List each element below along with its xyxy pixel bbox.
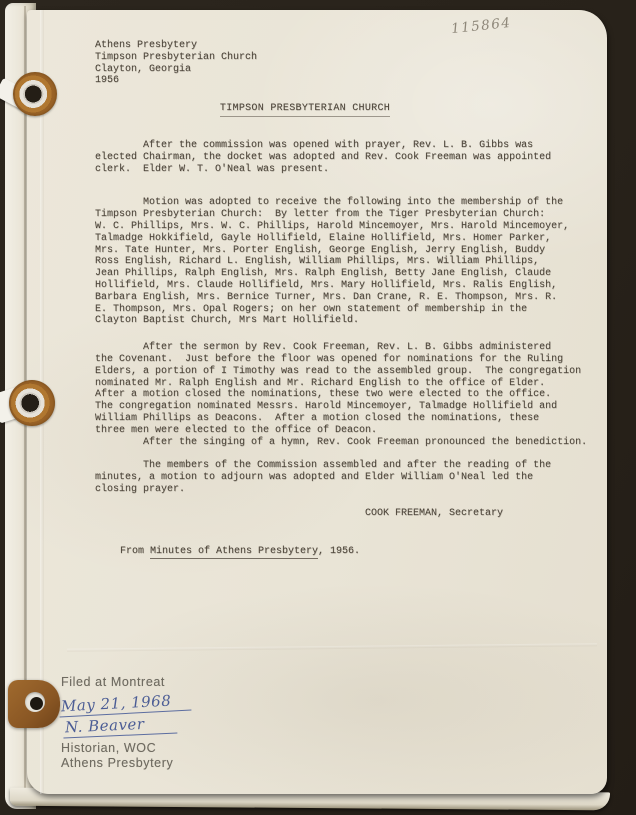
stamp-filed-at: Filed at Montreat bbox=[61, 675, 165, 689]
typed-line: William Phillips as Deacons. After a mot… bbox=[95, 413, 607, 425]
binder-grommet-middle bbox=[9, 380, 55, 426]
typed-line: The members of the Commission assembled … bbox=[95, 460, 607, 472]
paper-crease bbox=[67, 643, 597, 652]
typed-line: Mrs. Tate Hunter, Mrs. Porter English, G… bbox=[95, 245, 607, 257]
typed-line: Barbara English, Mrs. Bernice Turner, Mr… bbox=[95, 292, 607, 304]
typed-line: clerk. Elder W. T. O'Neal was present. bbox=[95, 164, 607, 176]
typed-line: E. Thompson, Mrs. Opal Rogers; on her ow… bbox=[95, 304, 607, 316]
source-citation: Minutes of Athens Presbytery bbox=[150, 546, 318, 559]
typed-line: Hollifield, Mrs. Claude Hollifield, Mrs.… bbox=[95, 280, 607, 292]
typed-line: Ross English, Richard L. English, Willia… bbox=[95, 256, 607, 268]
typewritten-content: Athens Presbytery Timpson Presbyterian C… bbox=[95, 40, 607, 557]
paragraph: Motion was adopted to receive the follow… bbox=[95, 197, 607, 327]
letterhead: Athens Presbytery Timpson Presbyterian C… bbox=[95, 40, 607, 87]
typed-line: After the singing of a hymn, Rev. Cook F… bbox=[95, 437, 607, 449]
letterhead-line: Timpson Presbyterian Church bbox=[95, 52, 607, 64]
document-title-row: TIMPSON PRESBYTERIAN CHURCH bbox=[95, 103, 607, 117]
typed-line: W. C. Phillips, Mrs. W. C. Phillips, Har… bbox=[95, 221, 607, 233]
paragraph: After the commission was opened with pra… bbox=[95, 140, 607, 175]
typed-line: three men were elected to the office of … bbox=[95, 425, 607, 437]
typed-line: Clayton Baptist Church, Mrs Mart Hollifi… bbox=[95, 315, 607, 327]
typed-line: The congregation nominated Messrs. Harol… bbox=[95, 401, 607, 413]
typed-line: Motion was adopted to receive the follow… bbox=[95, 197, 607, 209]
typed-line: After a motion closed the nominations, t… bbox=[95, 389, 607, 401]
binder-grommet-top bbox=[13, 72, 57, 116]
typed-line: minutes, a motion to adjourn was adopted… bbox=[95, 472, 607, 484]
paragraph: After the sermon by Rev. Cook Freeman, R… bbox=[95, 342, 607, 448]
typed-line: Jean Phillips, Ralph English, Mrs. Ralph… bbox=[95, 268, 607, 280]
letterhead-line: 1956 bbox=[95, 75, 607, 87]
typed-line: the Covenant. Just before the floor was … bbox=[95, 354, 607, 366]
source-suffix: , 1956. bbox=[318, 546, 360, 557]
stamp-historian: Historian, WOC bbox=[61, 741, 156, 755]
typed-line: Talmadge Hokkifield, Gayle Hollifield, E… bbox=[95, 233, 607, 245]
typed-line: elected Chairman, the docket was adopted… bbox=[95, 152, 607, 164]
source-citation-row: From Minutes of Athens Presbytery, 1956. bbox=[95, 546, 607, 558]
typed-line: After the commission was opened with pra… bbox=[95, 140, 607, 152]
letterhead-line: Athens Presbytery bbox=[95, 40, 607, 52]
paragraph: The members of the Commission assembled … bbox=[95, 460, 607, 495]
letterhead-line: Clayton, Georgia bbox=[95, 64, 607, 76]
scan-background: Athens Presbytery Timpson Presbyterian C… bbox=[0, 0, 636, 815]
grommet-hole-center bbox=[30, 697, 43, 710]
source-prefix: From bbox=[120, 546, 150, 557]
binder-grommet-bottom bbox=[8, 680, 60, 728]
typed-line: Timpson Presbyterian Church: By letter f… bbox=[95, 209, 607, 221]
stamp-presbytery: Athens Presbytery bbox=[61, 756, 173, 770]
typed-line: After the sermon by Rev. Cook Freeman, R… bbox=[95, 342, 607, 354]
typed-line: closing prayer. bbox=[95, 484, 607, 496]
secretary-signature: COOK FREEMAN, Secretary bbox=[95, 508, 607, 520]
typed-line: nominated Mr. Ralph English and Mr. Rich… bbox=[95, 378, 607, 390]
document-title: TIMPSON PRESBYTERIAN CHURCH bbox=[220, 103, 390, 117]
typed-line: Elders, a portion of I Timothy was read … bbox=[95, 366, 607, 378]
